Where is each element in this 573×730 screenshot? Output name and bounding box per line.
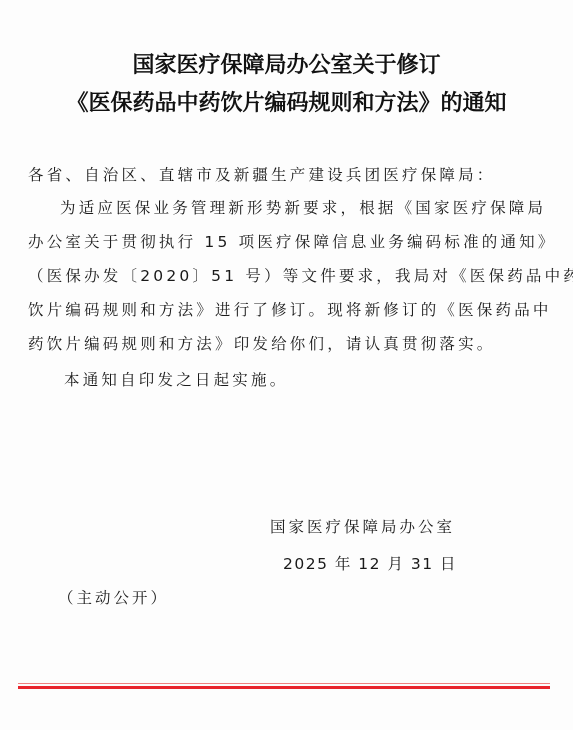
paragraph-1-line-5: 药饮片编码规则和方法》印发给你们，请认真贯彻落实。 xyxy=(28,332,496,354)
footer-thin-red-rule xyxy=(18,683,550,684)
disclosure-note: （主动公开） xyxy=(58,586,169,608)
signature-organization: 国家医疗保障局办公室 xyxy=(270,515,455,537)
paragraph-1-line-3: （医保办发〔2020〕51 号）等文件要求，我局对《医保药品中药 xyxy=(28,264,573,286)
document-title-line-1: 国家医疗保障局办公室关于修订 xyxy=(0,48,573,79)
footer-thick-red-rule xyxy=(18,686,550,689)
paragraph-1-line-1: 为适应医保业务管理新形势新要求，根据《国家医疗保障局 xyxy=(60,196,546,218)
document-title-line-2: 《医保药品中药饮片编码规则和方法》的通知 xyxy=(0,86,573,117)
paragraph-2: 本通知自印发之日起实施。 xyxy=(64,368,288,390)
salutation: 各省、自治区、直辖市及新疆生产建设兵团医疗保障局： xyxy=(28,163,496,185)
paragraph-1-line-2: 办公室关于贯彻执行 15 项医疗保障信息业务编码标准的通知》 xyxy=(28,230,557,252)
signature-date: 2025 年 12 月 31 日 xyxy=(283,552,457,574)
paragraph-1-line-4: 饮片编码规则和方法》进行了修订。现将新修订的《医保药品中 xyxy=(28,298,552,320)
